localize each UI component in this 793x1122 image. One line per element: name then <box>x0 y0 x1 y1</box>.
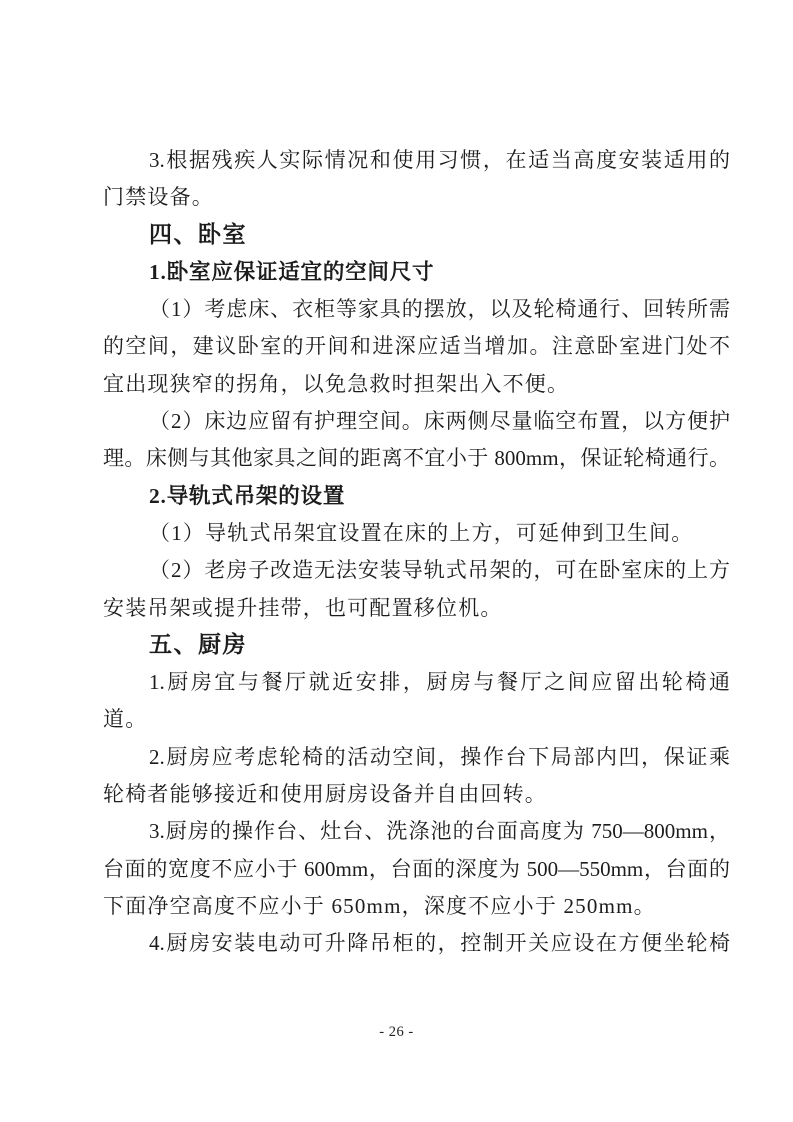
body-text-line: 道。 <box>103 701 730 738</box>
body-text-line: 安装吊架或提升挂带，也可配置移位机。 <box>103 590 730 627</box>
body-text-line: （1）导轨式吊架宜设置在床的上方，可延伸到卫生间。 <box>103 515 730 552</box>
body-text-line: 1.厨房宜与餐厅就近安排，厨房与餐厅之间应留出轮椅通 <box>103 664 730 701</box>
body-text-line: 3.根据残疾人实际情况和使用习惯，在适当高度安装适用的 <box>103 142 730 179</box>
body-text-line: （2）老房子改造无法安装导轨式吊架的，可在卧室床的上方 <box>103 552 730 589</box>
body-text-line: 理。床侧与其他家具之间的距离不宜小于 800mm，保证轮椅通行。 <box>103 440 730 477</box>
body-text-line: （2）床边应留有护理空间。床两侧尽量临空布置，以方便护 <box>103 403 730 440</box>
heading-section-kitchen: 五、厨房 <box>103 627 730 664</box>
heading-bedroom-space-size: 1.卧室应保证适宜的空间尺寸 <box>103 254 730 291</box>
document-page: 3.根据残疾人实际情况和使用习惯，在适当高度安装适用的 门禁设备。 四、卧室 1… <box>0 0 793 1122</box>
body-text-line: 宜出现狭窄的拐角，以免急救时担架出入不便。 <box>103 366 730 403</box>
body-text-line: 2.厨房应考虑轮椅的活动空间，操作台下局部内凹，保证乘 <box>103 739 730 776</box>
body-text-line: （1）考虑床、衣柜等家具的摆放，以及轮椅通行、回转所需 <box>103 291 730 328</box>
heading-section-bedroom: 四、卧室 <box>103 217 730 254</box>
body-text-line: 4.厨房安装电动可升降吊柜的，控制开关应设在方便坐轮椅 <box>103 925 730 962</box>
body-text-line: 台面的宽度不应小于 600mm，台面的深度为 500—550mm，台面的 <box>103 851 730 888</box>
body-text-line: 下面净空高度不应小于 650mm，深度不应小于 250mm。 <box>103 888 730 925</box>
body-text-line: 的空间，建议卧室的开间和进深应适当增加。注意卧室进门处不 <box>103 328 730 365</box>
body-text-line: 轮椅者能够接近和使用厨房设备并自由回转。 <box>103 776 730 813</box>
page-number: - 26 - <box>0 1022 793 1042</box>
body-text-line: 3.厨房的操作台、灶台、洗涤池的台面高度为 750—800mm， <box>103 813 730 850</box>
body-text-line: 门禁设备。 <box>103 179 730 216</box>
page-content: 3.根据残疾人实际情况和使用习惯，在适当高度安装适用的 门禁设备。 四、卧室 1… <box>103 142 730 963</box>
heading-rail-hoist-setup: 2.导轨式吊架的设置 <box>103 478 730 515</box>
